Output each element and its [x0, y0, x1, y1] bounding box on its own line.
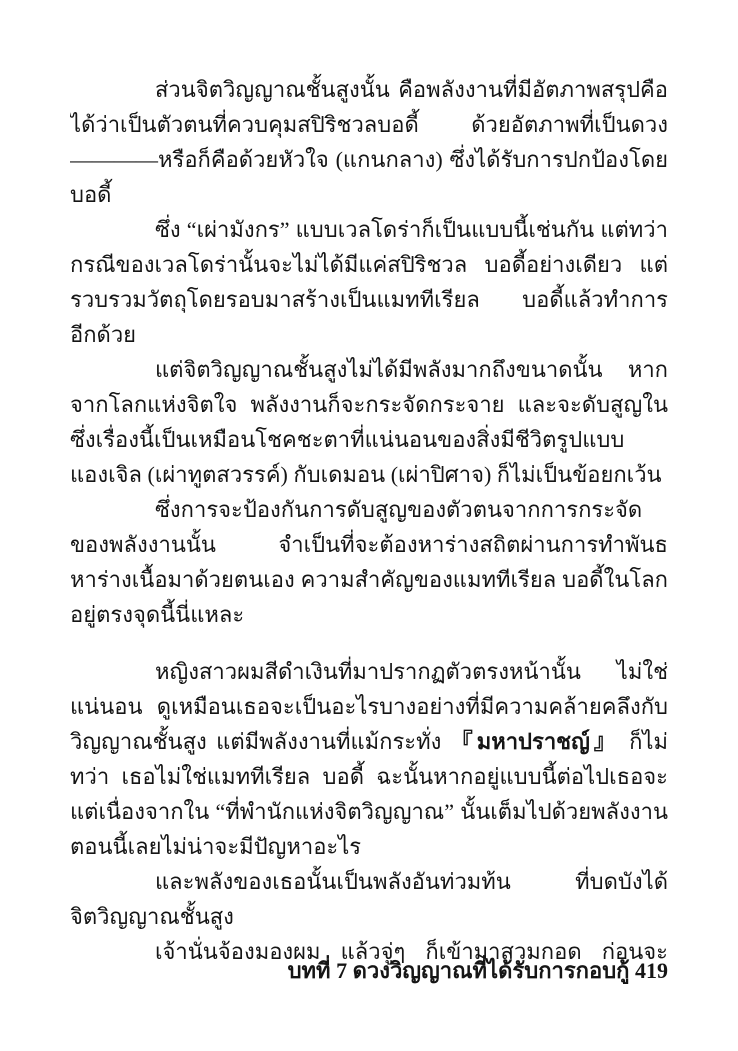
body-text: ส่วนจิตวิญญาณชั้นสูงนั้น คือพลังงานที่มี… — [70, 72, 668, 969]
skill-name-bold: 『มหาปราชญ์』 — [451, 729, 620, 754]
text-line: แองเจิล (เผ่าทูตสวรรค์) กับเดมอน (เผ่าปิ… — [70, 457, 668, 492]
text-line: ซึ่ง “เผ่ามังกร” แบบเวลโดร่าก็เป็นแบบนี้… — [70, 212, 668, 247]
text-line: ทว่า เธอไม่ใช่แมททีเรียล บอดี้ ฉะนั้นหาก… — [70, 759, 668, 794]
text-line: ของพลังงานนั้น จำเป็นที่จะต้องหาร่างสถิต… — [70, 527, 668, 562]
page-footer: บทที่ 7 ดวงวิญญาณที่ได้รับการกอบกู้ 419 — [70, 953, 668, 988]
text-line: รวบรวมวัตถุโดยรอบมาสร้างเป็นแมททีเรียล บ… — [70, 282, 668, 317]
text-line: ซึ่งเรื่องนี้เป็นเหมือนโชคชะตาที่แน่นอนข… — [70, 422, 668, 457]
text-line: ซึ่งการจะป้องกันการดับสูญของตัวตนจากการก… — [70, 492, 668, 527]
text-line: กรณีของเวลโดร่านั้นจะไม่ได้มีแค่สปิริชวล… — [70, 247, 668, 282]
text-line: ————หรือก็คือด้วยหัวใจ (แกนกลาง) ซึ่งได้… — [70, 142, 668, 177]
scene-break — [70, 632, 668, 654]
text-line: จิตวิญญาณชั้นสูง — [70, 899, 668, 934]
book-page: ส่วนจิตวิญญาณชั้นสูงนั้น คือพลังงานที่มี… — [0, 0, 738, 1051]
text-line: อีกด้วย — [70, 317, 668, 352]
text-line: และพลังของเธอนั้นเป็นพลังอันท่วมท้น ที่บ… — [70, 864, 668, 899]
text-line: หาร่างเนื้อมาด้วยตนเอง ความสำคัญของแมทที… — [70, 562, 668, 597]
text-line: ส่วนจิตวิญญาณชั้นสูงนั้น คือพลังงานที่มี… — [70, 72, 668, 107]
text-line: ได้ว่าเป็นตัวตนที่ควบคุมสปิริชวลบอดี้ ด้… — [70, 107, 668, 142]
text-line: ตอนนี้เลยไม่น่าจะมีปัญหาอะไร — [70, 829, 668, 864]
text-segment: วิญญาณชั้นสูง แต่มีพลังงานที่แม้กระทั่ง — [70, 729, 451, 754]
text-line: แน่นอน ดูเหมือนเธอจะเป็นอะไรบางอย่างที่ม… — [70, 689, 668, 724]
text-line: อยู่ตรงจุดนี้นี่แหละ — [70, 597, 668, 632]
text-line: วิญญาณชั้นสูง แต่มีพลังงานที่แม้กระทั่ง … — [70, 724, 668, 759]
text-line: จากโลกแห่งจิตใจ พลังงานก็จะกระจัดกระจาย … — [70, 387, 668, 422]
text-line: บอดี้ — [70, 177, 668, 212]
text-line: แต่เนื่องจากใน “ที่พำนักแห่งจิตวิญญาณ” น… — [70, 794, 668, 829]
text-line: แต่จิตวิญญาณชั้นสูงไม่ได้มีพลังมากถึงขนา… — [70, 352, 668, 387]
text-line: หญิงสาวผมสีดำเงินที่มาปรากฏตัวตรงหน้านั้… — [70, 654, 668, 689]
